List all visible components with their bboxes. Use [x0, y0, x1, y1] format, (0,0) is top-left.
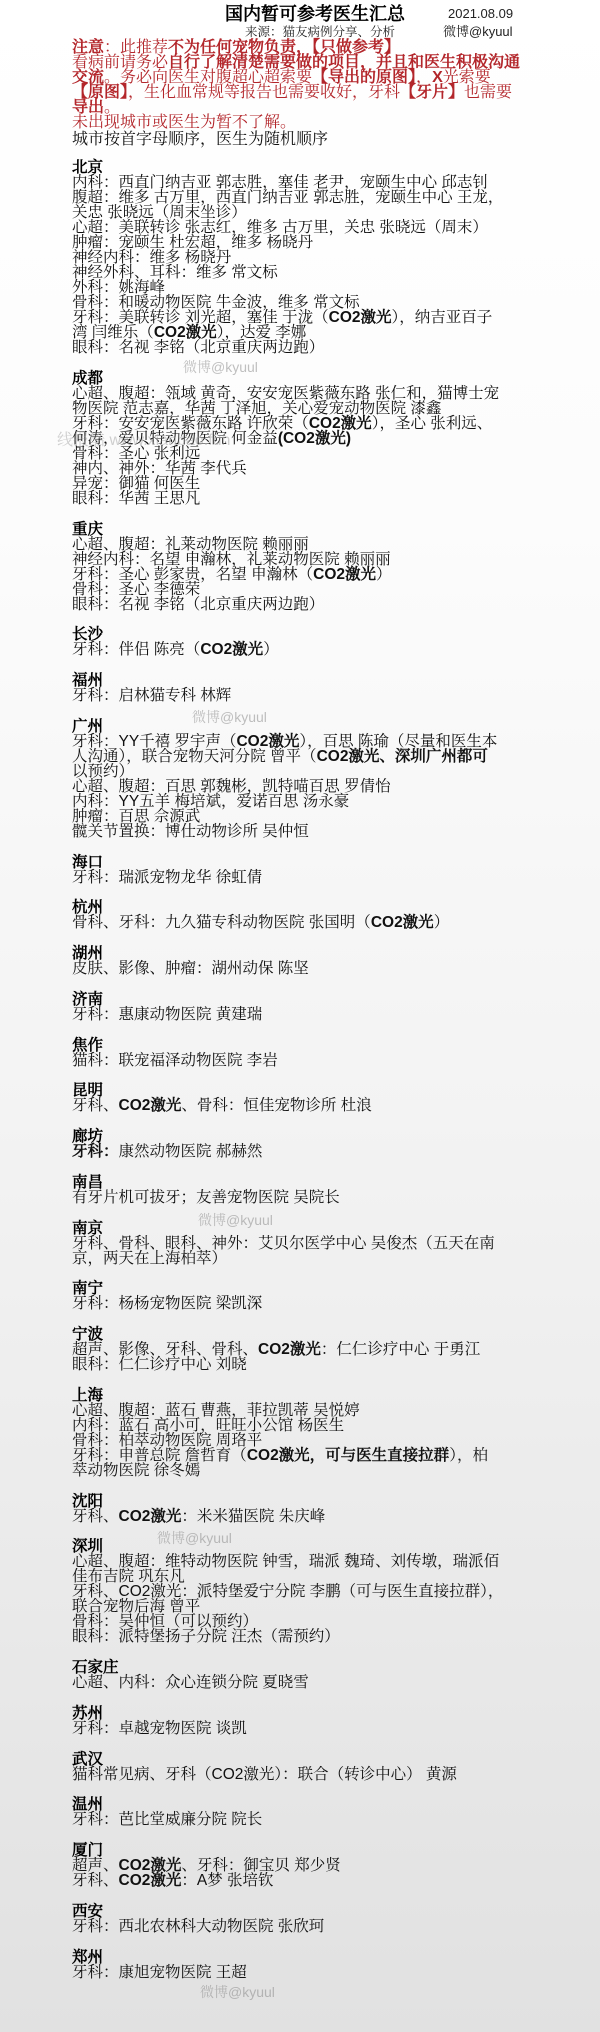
city-heading: 广州 [72, 719, 503, 734]
city-section: 广州牙科：YY千禧 罗宇声（CO2激光），百思 陈瑜（尽量和医生本人沟通），联合… [72, 719, 503, 839]
city-section: 西安牙科：西北农林科大动物医院 张欣珂 [72, 1904, 503, 1934]
doctor-entry-line: 猫科：联宠福泽动物医院 李岩 [72, 1053, 503, 1068]
doctor-entry-line: 牙科：杨杨宠物医院 梁凯深 [72, 1296, 503, 1311]
bold-text: CO2激光 [119, 1097, 182, 1114]
city-heading: 郑州 [72, 1950, 503, 1965]
city-heading: 南宁 [72, 1281, 503, 1296]
city-section: 苏州牙科：卓越宠物医院 谈凯 [72, 1706, 503, 1736]
text-segment: 牙科：惠康动物医院 黄建瑞 [72, 1006, 262, 1023]
city-section: 福州牙科：启林猫专科 林辉 [72, 673, 503, 703]
doctor-entry-line: 心超：美联转诊 张志红，维多 古万里，关忠 张晓远（周末） [72, 220, 503, 235]
doctor-entry-line: 联合宠物后海 曾平 [72, 1599, 503, 1614]
city-heading: 上海 [72, 1388, 503, 1403]
text-segment: 京，两天在上海柏萃） [72, 1250, 227, 1267]
bold-text: CO2激光 [329, 309, 392, 326]
city-section: 厦门超声、CO2激光、牙科：御宝贝 郑少贤牙科、CO2激光：A梦 张培钦 [72, 1843, 503, 1888]
city-heading: 宁波 [72, 1327, 503, 1342]
city-section: 上海心超、腹超：蓝石 曹燕，菲拉凯蒂 吴悦婷内科：蓝石 高小可，旺旺小公馆 杨医… [72, 1388, 503, 1478]
author-handle: 微博@kyuul [443, 24, 513, 40]
doctor-entry-line: 物医院 范志嘉，华茜 丁泽旭，关心爱宠动物医院 漆鑫 [72, 401, 503, 416]
city-doctor-list: 北京内科：西直门纳吉亚 郭志胜，塞佳 老尹，宠颐生中心 邱志钊腹超：维多 古万里… [72, 160, 503, 1995]
doctor-entry-line: 牙科、骨科、眼科、神外：艾贝尔医学中心 吴俊杰（五天在南 [72, 1236, 503, 1251]
doctor-entry-line: 骨科、牙科：九久猫专科动物医院 张国明（CO2激光） [72, 915, 503, 930]
text-segment: ：仁仁诊疗中心 于勇江 [321, 1341, 480, 1358]
text-segment: ），纳吉亚百子 [392, 309, 493, 326]
text-segment: 康然动物医院 郝赫然 [119, 1143, 263, 1160]
text-segment: 牙科：启林猫专科 林辉 [72, 687, 231, 704]
city-section: 深圳心超、腹超：维特动物医院 钟雪，瑞派 魏琦、刘传墩，瑞派佰佳布吉院 巩东凡牙… [72, 1539, 503, 1644]
city-heading: 南京 [72, 1221, 503, 1236]
bold-text: CO2激光 [371, 914, 434, 931]
city-heading: 西安 [72, 1904, 503, 1919]
doctor-entry-line: 湾 闫维乐（CO2激光），达爱 李娜 [72, 325, 503, 340]
doctor-entry-line: 牙科：圣心 彭家贵，名望 申瀚林（CO2激光） [72, 567, 503, 582]
doctor-entry-line: 神内、神外：华茜 李代兵 [72, 461, 503, 476]
city-section: 沈阳牙科、CO2激光：米米猫医院 朱庆峰 [72, 1494, 503, 1524]
doctor-entry-line: 牙科：惠康动物医院 黄建瑞 [72, 1007, 503, 1022]
doctor-entry-line: 眼科：派特堡扬子分院 汪杰（需预约） [72, 1629, 503, 1644]
doctor-entry-line: 超声、影像、牙科、骨科、CO2激光：仁仁诊疗中心 于勇江 [72, 1342, 503, 1357]
text-segment: 牙科：伴侣 陈亮（ [72, 641, 200, 658]
doctor-entry-line: 牙科：芭比堂威廉分院 院长 [72, 1812, 503, 1827]
notice-line: 看病前请务必自行了解清楚需要做的项目，并且和医生积极沟通 [72, 55, 520, 70]
city-section: 廊坊牙科：康然动物医院 郝赫然 [72, 1129, 503, 1159]
text-segment: 眼科：仁仁诊疗中心 刘晓 [72, 1356, 247, 1373]
page-title: 国内暂可参考医生汇总 [225, 3, 405, 25]
text-segment: 牙科：西北农林科大动物医院 张欣珂 [72, 1918, 324, 1935]
city-heading: 济南 [72, 992, 503, 1007]
city-heading: 杭州 [72, 900, 503, 915]
disclaimer-notice: 注意：此推荐不为任何宠物负责，【只做参考】看病前请务必自行了解清楚需要做的项目，… [72, 40, 520, 130]
doctor-entry-line: 牙科：美联转诊 刘光超，塞佳 于泷（CO2激光），纳吉亚百子 [72, 310, 503, 325]
text-segment: 眼科：派特堡扬子分院 汪杰（需预约） [72, 1628, 340, 1645]
doctor-entry-line: 猫科常见病、牙科（CO2激光）：联合（转诊中心） 黄源 [72, 1767, 503, 1782]
text-segment: ） [376, 566, 392, 583]
text-segment: 牙科、 [72, 1508, 119, 1525]
doctor-entry-line: 牙科、CO2激光、骨科：恒佳宠物诊所 杜浪 [72, 1098, 503, 1113]
city-heading: 焦作 [72, 1038, 503, 1053]
doctor-entry-line: 牙科：YY千禧 罗宇声（CO2激光），百思 陈瑜（尽量和医生本 [72, 734, 503, 749]
text-segment: 猫科：联宠福泽动物医院 李岩 [72, 1052, 278, 1069]
text-segment: 髋关节置换：博仕动物诊所 吴仲恒 [72, 823, 309, 840]
city-heading: 南昌 [72, 1175, 503, 1190]
doctor-entry-line: 牙科：安安宠医紫薇东路 许欣荣（CO2激光），圣心 张利远、 [72, 416, 503, 431]
text-segment: 牙科：卓越宠物医院 谈凯 [72, 1720, 247, 1737]
doctor-entry-line: 牙科、CO2激光：派特堡爱宁分院 李鹏（可与医生直接拉群）， [72, 1584, 503, 1599]
city-section: 长沙牙科：伴侣 陈亮（CO2激光） [72, 627, 503, 657]
bold-text: CO2激光、深圳广州都可 [317, 748, 488, 765]
bold-text: 【牙片】 [400, 84, 464, 101]
bold-text: CO2激光 [258, 1341, 321, 1358]
doctor-entry-line: 以预约） [72, 764, 503, 779]
bold-text: (CO2激光) [278, 430, 351, 447]
city-heading: 沈阳 [72, 1494, 503, 1509]
text-segment: 牙科：瑞派宠物龙华 徐虹倩 [72, 869, 262, 886]
doctor-entry-line: 何涛，爱贝特动物医院 何金益(CO2激光) [72, 431, 503, 446]
text-segment: 猫科常见病、牙科（CO2激光）：联合（转诊中心） 黄源 [72, 1766, 457, 1783]
city-heading: 厦门 [72, 1843, 503, 1858]
text-segment: 牙科：康旭宠物医院 王超 [72, 1964, 247, 1981]
city-heading: 北京 [72, 160, 503, 175]
city-section: 石家庄心超、内科：众心连锁分院 夏晓雪 [72, 1660, 503, 1690]
doctor-entry-line: 牙科：卓越宠物医院 谈凯 [72, 1721, 503, 1736]
doctor-entry-line: 腹超：维多 古万里，西直门纳吉亚 郭志胜，宠颐生中心 王龙， [72, 190, 503, 205]
doctor-entry-line: 牙科：康旭宠物医院 王超 [72, 1965, 503, 1980]
doctor-entry-line: 骨科：吴仲恒（可以预约） [72, 1614, 503, 1629]
city-section: 海口牙科：瑞派宠物龙华 徐虹倩 [72, 855, 503, 885]
city-section: 济南牙科：惠康动物医院 黄建瑞 [72, 992, 503, 1022]
text-segment: 骨科、牙科：九久猫专科动物医院 张国明（ [72, 914, 371, 931]
notice-line: 导出。 [72, 100, 520, 115]
publish-date: 2021.08.09 [448, 6, 513, 22]
text-segment: 眼科：名视 李铭（北京重庆两边跑） [72, 596, 324, 613]
notice-line: 【原图】，生化血常规等报告也需要收好，牙科【牙片】也需要 [72, 85, 520, 100]
doctor-entry-line: 骨科：圣心 李德荣 [72, 582, 503, 597]
doctor-entry-line: 心超、腹超：礼莱动物医院 赖丽丽 [72, 537, 503, 552]
text-segment: ：A梦 张培钦 [181, 1872, 273, 1889]
doctor-entry-line: 萃动物医院 徐冬嫣 [72, 1463, 503, 1478]
doctor-entry-line: 内科：西直门纳吉亚 郭志胜，塞佳 老尹，宠颐生中心 邱志钊 [72, 175, 503, 190]
notice-line: 交流。务必向医生对腹超心超索要【导出的原图】，X光索要 [72, 70, 520, 85]
doctor-entry-line: 超声、CO2激光、牙科：御宝贝 郑少贤 [72, 1858, 503, 1873]
city-heading: 海口 [72, 855, 503, 870]
doctor-entry-line: 神经内科：维多 杨晓丹 [72, 250, 503, 265]
doctor-entry-line: 眼科：仁仁诊疗中心 刘晓 [72, 1357, 503, 1372]
doctor-entry-line: 内科：YY五羊 梅培斌，爱诺百思 汤永豪 [72, 794, 503, 809]
doctor-entry-line: 有牙片机可拔牙；友善宠物医院 吴院长 [72, 1190, 503, 1205]
city-section: 郑州牙科：康旭宠物医院 王超 [72, 1950, 503, 1980]
city-heading: 温州 [72, 1797, 503, 1812]
doctor-entry-line: 髋关节置换：博仕动物诊所 吴仲恒 [72, 824, 503, 839]
city-section: 北京内科：西直门纳吉亚 郭志胜，塞佳 老尹，宠颐生中心 邱志钊腹超：维多 古万里… [72, 160, 503, 355]
city-section: 焦作猫科：联宠福泽动物医院 李岩 [72, 1038, 503, 1068]
doctor-entry-line: 骨科：柏萃动物医院 周珞平 [72, 1433, 503, 1448]
doctor-entry-line: 心超、内科：众心连锁分院 夏晓雪 [72, 1675, 503, 1690]
doctor-entry-line: 骨科：和暖动物医院 牛金波，维多 常文标 [72, 295, 503, 310]
text-segment: 萃动物医院 徐冬嫣 [72, 1462, 200, 1479]
doctor-entry-line: 眼科：华茜 王思凡 [72, 491, 503, 506]
text-segment: 有牙片机可拔牙；友善宠物医院 吴院长 [72, 1189, 340, 1206]
doctor-entry-line: 牙科、CO2激光：米米猫医院 朱庆峰 [72, 1509, 503, 1524]
text-segment: 眼科：华茜 王思凡 [72, 490, 200, 507]
doctor-entry-line: 肿瘤：宠颐生 杜宏超，维多 杨晓丹 [72, 235, 503, 250]
doctor-entry-line: 内科：蓝石 高小可，旺旺小公馆 杨医生 [72, 1418, 503, 1433]
text-segment: 眼科：名视 李铭（北京重庆两边跑） [72, 339, 324, 356]
city-section: 昆明牙科、CO2激光、骨科：恒佳宠物诊所 杜浪 [72, 1083, 503, 1113]
text-segment: 牙科、 [72, 1872, 119, 1889]
city-section: 南昌有牙片机可拔牙；友善宠物医院 吴院长 [72, 1175, 503, 1205]
text-segment: 牙科：芭比堂威廉分院 院长 [72, 1811, 262, 1828]
city-section: 武汉猫科常见病、牙科（CO2激光）：联合（转诊中心） 黄源 [72, 1752, 503, 1782]
city-heading: 长沙 [72, 627, 503, 642]
text-segment: 心超、内科：众心连锁分院 夏晓雪 [72, 1674, 309, 1691]
doctor-entry-line: 牙科：伴侣 陈亮（CO2激光） [72, 642, 503, 657]
doctor-entry-line: 心超、腹超：维特动物医院 钟雪，瑞派 魏琦、刘传墩，瑞派佰 [72, 1554, 503, 1569]
doctor-entry-line: 神经外科、耳科：维多 常文标 [72, 265, 503, 280]
doctor-entry-line: 心超、腹超：百思 郭魏彬，凯特喵百思 罗倩怡 [72, 779, 503, 794]
city-heading: 廊坊 [72, 1129, 503, 1144]
doctor-entry-line: 异宠：御猫 何医生 [72, 476, 503, 491]
text-segment: ，生化血常规等报告也需要收好，牙科 [128, 84, 400, 101]
doctor-entry-line: 京，两天在上海柏萃） [72, 1251, 503, 1266]
city-section: 湖州皮肤、影像、肿瘤：湖州动保 陈坚 [72, 946, 503, 976]
city-heading: 成都 [72, 371, 503, 386]
text-segment: ），柏 [449, 1447, 488, 1464]
city-heading: 昆明 [72, 1083, 503, 1098]
doctor-entry-line: 牙科：申普总院 詹哲育（CO2激光，可与医生直接拉群），柏 [72, 1448, 503, 1463]
doctor-entry-line: 佳布吉院 巩东凡 [72, 1569, 503, 1584]
doctor-entry-line: 外科：姚海峰 [72, 280, 503, 295]
doctor-entry-line: 牙科：西北农林科大动物医院 张欣珂 [72, 1919, 503, 1934]
city-section: 宁波超声、影像、牙科、骨科、CO2激光：仁仁诊疗中心 于勇江眼科：仁仁诊疗中心 … [72, 1327, 503, 1372]
doctor-entry-line: 皮肤、影像、肿瘤：湖州动保 陈坚 [72, 961, 503, 976]
city-section: 南京牙科、骨科、眼科、神外：艾贝尔医学中心 吴俊杰（五天在南京，两天在上海柏萃） [72, 1221, 503, 1266]
city-section: 杭州骨科、牙科：九久猫专科动物医院 张国明（CO2激光） [72, 900, 503, 930]
doctor-entry-line: 眼科：名视 李铭（北京重庆两边跑） [72, 340, 503, 355]
city-heading: 湖州 [72, 946, 503, 961]
doctor-entry-line: 骨科：圣心 张利远 [72, 446, 503, 461]
bold-text: CO2激光 [200, 641, 263, 658]
doctor-entry-line: 人沟通），联合宠物天河分院 曾平（CO2激光、深圳广州都可 [72, 749, 503, 764]
doctor-entry-line: 心超、腹超：蓝石 曹燕，菲拉凯蒂 吴悦婷 [72, 1403, 503, 1418]
doctor-entry-line: 肿瘤：百思 佘源武 [72, 809, 503, 824]
city-section: 南宁牙科：杨杨宠物医院 梁凯深 [72, 1281, 503, 1311]
doctor-entry-line: 心超、腹超：瓴域 黄奇，安安宠医紫薇东路 张仁和，猫博士宠 [72, 386, 503, 401]
bold-text: CO2激光 [119, 1872, 182, 1889]
text-segment: 未出现城市或医生为暂不了解。 [72, 114, 296, 131]
bold-text: CO2激光 [313, 566, 376, 583]
doctor-entry-line: 牙科：瑞派宠物龙华 徐虹倩 [72, 870, 503, 885]
bold-text: 牙科： [72, 1143, 119, 1160]
city-heading: 石家庄 [72, 1660, 503, 1675]
notice-line: 未出现城市或医生为暂不了解。 [72, 115, 520, 130]
source-subtitle: 来源：猫友病例分享、分析 [245, 24, 395, 40]
doctor-entry-line: 牙科：启林猫专科 林辉 [72, 688, 503, 703]
text-segment: 、骨科：恒佳宠物诊所 杜浪 [181, 1097, 371, 1114]
text-segment: 牙科、 [72, 1097, 119, 1114]
bold-text: CO2激光 [119, 1508, 182, 1525]
doctor-entry-line: 神经内科：名望 申瀚林，礼莱动物医院 赖丽丽 [72, 552, 503, 567]
ordering-note: 城市按首字母顺序，医生为随机顺序 [72, 132, 328, 147]
city-heading: 苏州 [72, 1706, 503, 1721]
text-segment: ），圣心 张利远、 [372, 415, 493, 432]
text-segment: ） [434, 914, 450, 931]
text-segment: 皮肤、影像、肿瘤：湖州动保 陈坚 [72, 960, 309, 977]
city-section: 重庆心超、腹超：礼莱动物医院 赖丽丽神经内科：名望 申瀚林，礼莱动物医院 赖丽丽… [72, 522, 503, 612]
text-segment: ） [263, 641, 279, 658]
doctor-entry-line: 牙科、CO2激光：A梦 张培钦 [72, 1873, 503, 1888]
city-section: 温州牙科：芭比堂威廉分院 院长 [72, 1797, 503, 1827]
bold-text: CO2激光，可与医生直接拉群 [247, 1447, 449, 1464]
text-segment: 牙科：杨杨宠物医院 梁凯深 [72, 1295, 262, 1312]
doctor-entry-line: 牙科：康然动物医院 郝赫然 [72, 1144, 503, 1159]
city-heading: 深圳 [72, 1539, 503, 1554]
doctor-entry-line: 关忠 张晓远（周末坐诊） [72, 205, 503, 220]
city-heading: 武汉 [72, 1752, 503, 1767]
city-heading: 重庆 [72, 522, 503, 537]
text-segment: 也需要 [464, 84, 512, 101]
text-segment: ：米米猫医院 朱庆峰 [181, 1508, 325, 1525]
city-heading: 福州 [72, 673, 503, 688]
notice-line: 注意：此推荐不为任何宠物负责，【只做参考】 [72, 40, 520, 55]
doctor-entry-line: 眼科：名视 李铭（北京重庆两边跑） [72, 597, 503, 612]
city-section: 成都心超、腹超：瓴域 黄奇，安安宠医紫薇东路 张仁和，猫博士宠物医院 范志嘉，华… [72, 371, 503, 506]
